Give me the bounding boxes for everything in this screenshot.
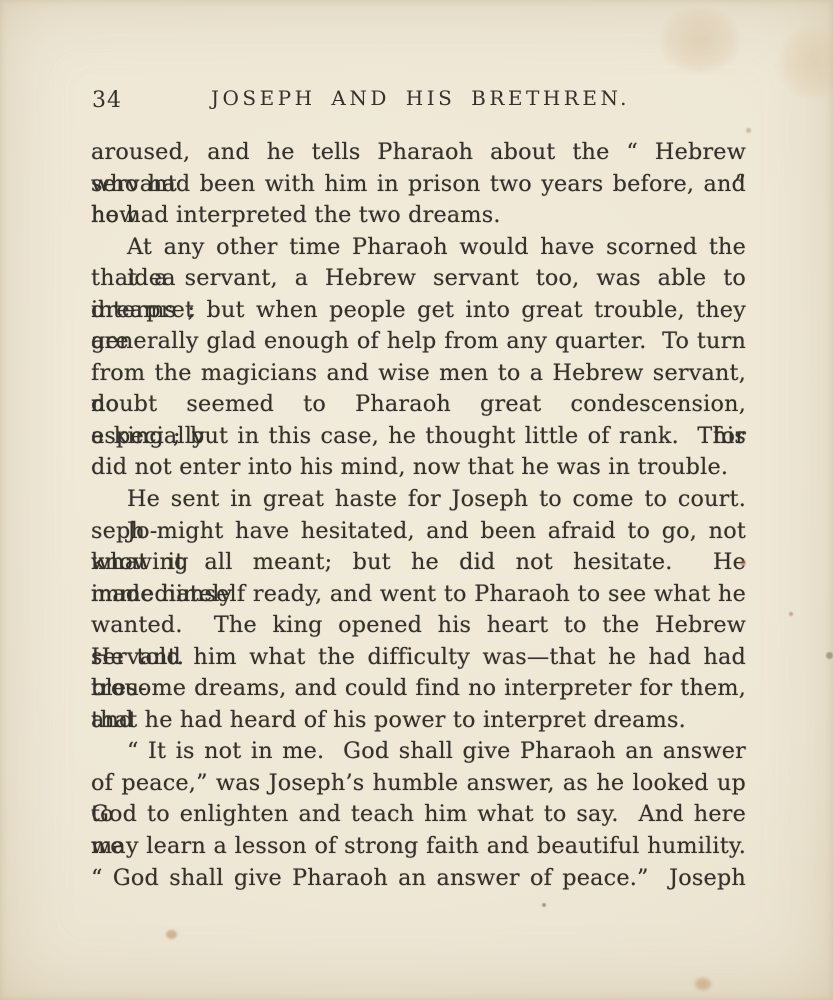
text-line: who had been with him in prison two year… bbox=[91, 169, 746, 201]
text-line: from the magicians and wise men to a Heb… bbox=[91, 358, 746, 390]
text-line: did not enter into his mind, now that he… bbox=[91, 452, 746, 484]
text-line: He told him what the difficulty was—that… bbox=[91, 642, 746, 674]
running-header-title: JOSEPH AND HIS BRETHREN. bbox=[0, 86, 833, 110]
foxing-speck bbox=[826, 652, 833, 659]
foxing-stain bbox=[660, 8, 740, 74]
text-line: that a servant, a Hebrew servant too, wa… bbox=[91, 263, 746, 295]
text-line: made himself ready, and went to Pharaoh … bbox=[91, 579, 746, 611]
text-line: blesome dreams, and could find no interp… bbox=[91, 673, 746, 705]
text-line: “ God shall give Pharaoh an answer of pe… bbox=[91, 863, 746, 895]
paragraph: “ It is not in me. God shall give Pharao… bbox=[91, 736, 746, 894]
text-line: “ It is not in me. God shall give Pharao… bbox=[91, 736, 746, 768]
text-line: may learn a lesson of strong faith and b… bbox=[91, 831, 746, 863]
text-line: generally glad enough of help from any q… bbox=[91, 326, 746, 358]
paragraph: aroused, and he tells Pharaoh about the … bbox=[91, 137, 746, 232]
paragraph: At any other time Pharaoh would have sco… bbox=[91, 232, 746, 484]
running-head: 34 JOSEPH AND HIS BRETHREN. bbox=[0, 86, 833, 116]
text-line: dreams ; but when people get into great … bbox=[91, 295, 746, 327]
text-line: wanted. The king opened his heart to the… bbox=[91, 610, 746, 642]
foxing-speck bbox=[746, 128, 751, 133]
text-line: God to enlighten and teach him what to s… bbox=[91, 799, 746, 831]
text-line: He sent in great haste for Joseph to com… bbox=[91, 484, 746, 516]
text-line: of peace,” was Joseph’s humble answer, a… bbox=[91, 768, 746, 800]
text-line: what it all meant; but he did not hesita… bbox=[91, 547, 746, 579]
text-line: he had interpreted the two dreams. bbox=[91, 200, 746, 232]
page-number: 34 bbox=[92, 88, 122, 113]
text-line: that he had heard of his power to interp… bbox=[91, 705, 746, 737]
text-line: At any other time Pharaoh would have sco… bbox=[91, 232, 746, 264]
text-line: seph might have hesitated, and been afra… bbox=[91, 516, 746, 548]
body-text-block: aroused, and he tells Pharaoh about the … bbox=[91, 137, 746, 894]
book-page: 34 JOSEPH AND HIS BRETHREN. aroused, and… bbox=[0, 0, 833, 1000]
foxing-speck bbox=[166, 930, 177, 939]
text-line: doubt seemed to Pharaoh great condescens… bbox=[91, 389, 746, 421]
foxing-speck bbox=[542, 903, 546, 907]
paragraph: He sent in great haste for Joseph to com… bbox=[91, 484, 746, 736]
foxing-speck bbox=[789, 612, 793, 616]
text-line: aroused, and he tells Pharaoh about the … bbox=[91, 137, 746, 169]
foxing-speck bbox=[695, 978, 711, 990]
text-line: a king ; but in this case, he thought li… bbox=[91, 421, 746, 453]
